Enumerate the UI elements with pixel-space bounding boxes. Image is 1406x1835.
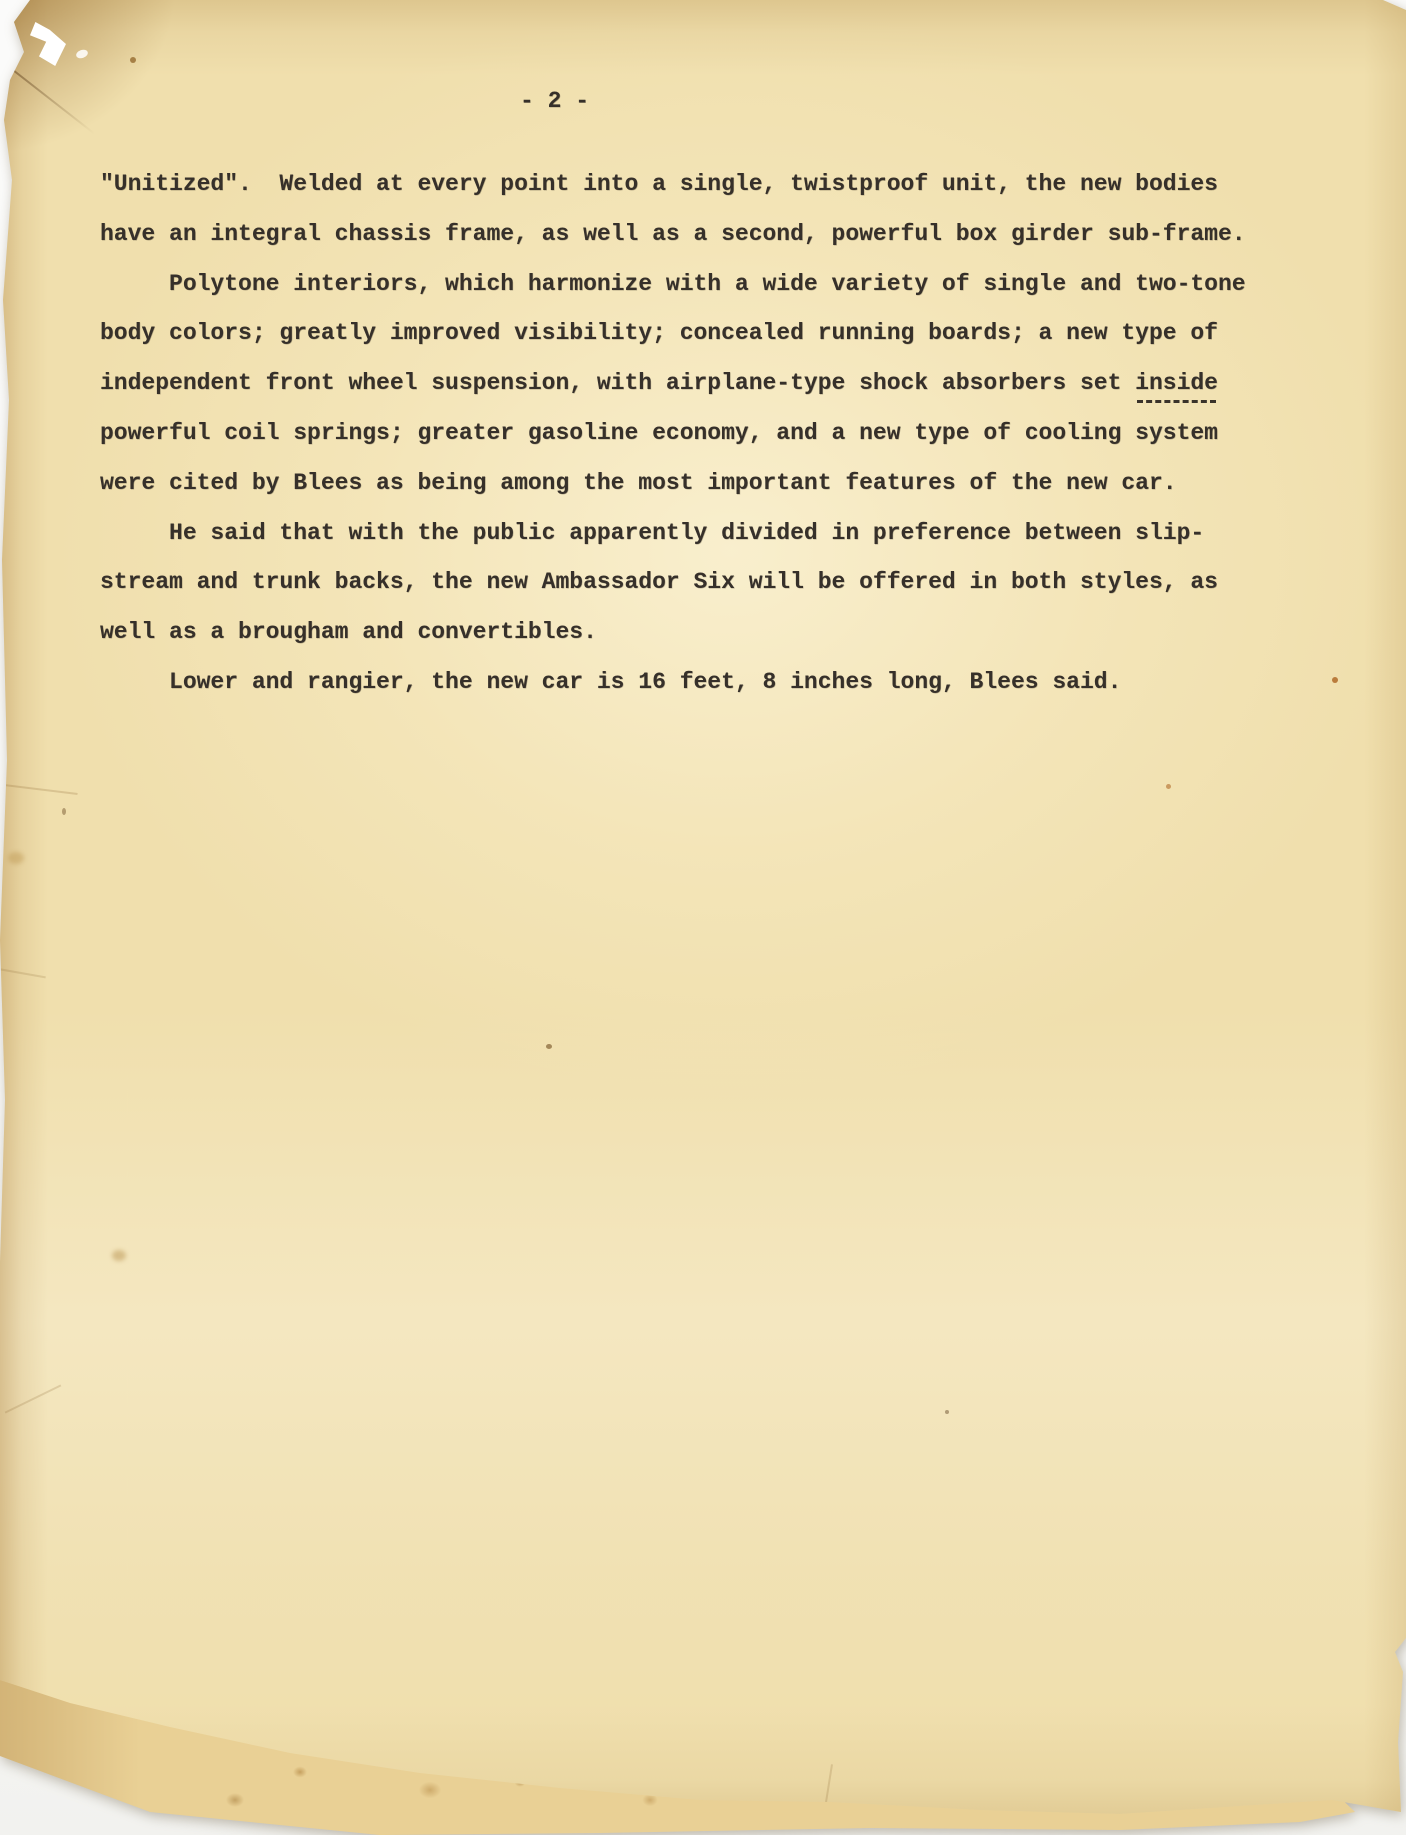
paper-crease	[0, 783, 78, 795]
underlined-word: inside	[1135, 370, 1218, 396]
paper-tear	[75, 48, 89, 60]
paper-stack: - 2 - "Unitized". Welded at every point …	[0, 0, 1406, 1835]
typed-text-block: "Unitized". Welded at every point into a…	[100, 160, 1246, 708]
scanned-document: - 2 - "Unitized". Welded at every point …	[0, 0, 1406, 1835]
line-text: stream and trunk backs, the new Ambassad…	[100, 569, 1218, 595]
line-text: were cited by Blees as being among the m…	[100, 470, 1177, 496]
line-text: well as a brougham and convertibles.	[100, 619, 597, 645]
paper-crease	[3, 62, 95, 134]
typed-line-6: powerful coil springs; greater gasoline …	[100, 409, 1246, 459]
line-text: powerful coil springs; greater gasoline …	[100, 420, 1218, 446]
paper-stain	[1166, 784, 1171, 789]
typed-line-11: Lower and rangier, the new car is 16 fee…	[100, 658, 1246, 708]
line-text: independent front wheel suspension, with…	[100, 370, 1135, 396]
typed-line-5: independent front wheel suspension, with…	[100, 359, 1246, 409]
typed-line-7: were cited by Blees as being among the m…	[100, 459, 1246, 509]
typed-line-3: Polytone interiors, which harmonize with…	[100, 260, 1246, 310]
typed-line-4: body colors; greatly improved visibility…	[100, 309, 1246, 359]
line-text: Lower and rangier, the new car is 16 fee…	[100, 669, 1121, 695]
paper-tear	[30, 22, 66, 66]
line-text: He said that with the public apparently …	[100, 520, 1204, 546]
paper-crease	[0, 968, 46, 979]
paper-stain	[130, 57, 136, 63]
paper-crease	[5, 1385, 62, 1414]
typed-line-9: stream and trunk backs, the new Ambassad…	[100, 558, 1246, 608]
paper-sheet: - 2 - "Unitized". Welded at every point …	[0, 0, 1406, 1835]
typed-line-10: well as a brougham and convertibles.	[100, 608, 1246, 658]
typed-line-1: "Unitized". Welded at every point into a…	[100, 160, 1246, 210]
typed-line-8: He said that with the public apparently …	[100, 509, 1246, 559]
line-text: have an integral chassis frame, as well …	[100, 221, 1246, 247]
paper-stain	[1332, 677, 1338, 683]
line-text: body colors; greatly improved visibility…	[100, 320, 1218, 346]
typed-line-2: have an integral chassis frame, as well …	[100, 210, 1246, 260]
paper-stain	[62, 808, 66, 815]
page-number: - 2 -	[520, 77, 589, 127]
paper-stain	[945, 1410, 949, 1414]
line-text: Polytone interiors, which harmonize with…	[100, 271, 1246, 297]
paper-stain	[546, 1044, 552, 1049]
line-text: "Unitized". Welded at every point into a…	[100, 171, 1218, 197]
paper-stain	[8, 852, 24, 864]
paper-stain	[112, 1250, 126, 1261]
